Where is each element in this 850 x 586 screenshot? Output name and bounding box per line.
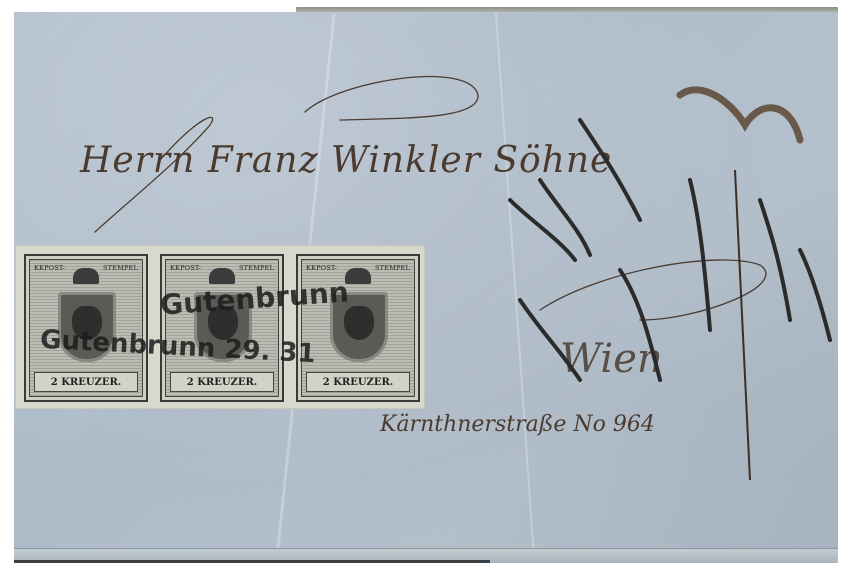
stamp-denomination: 2 KREUZER. (306, 372, 410, 392)
stamp-text-top-left: KKPOST- (306, 264, 337, 272)
stamp-3: KKPOST-STEMPEL 2 KREUZER. (296, 254, 420, 402)
stamp-2: KKPOST-STEMPEL 2 KREUZER. (160, 254, 284, 402)
stamp-text-top-right: STEMPEL (103, 264, 138, 272)
crown-icon (345, 268, 371, 284)
stamp-denomination: 2 KREUZER. (34, 372, 138, 392)
pen-line (735, 170, 750, 480)
stamp-text-top-right: STEMPEL (375, 264, 410, 272)
stamp-text-top-left: KKPOST- (34, 264, 65, 272)
ink-stain-rate-marking (680, 90, 800, 140)
crown-icon (209, 268, 235, 284)
stamp-denomination: 2 KREUZER. (170, 372, 274, 392)
stamp-text-top-left: KKPOST- (170, 264, 201, 272)
crown-icon (73, 268, 99, 284)
stamp-text-top-right: STEMPEL (239, 264, 274, 272)
eagle-icon (344, 306, 374, 340)
